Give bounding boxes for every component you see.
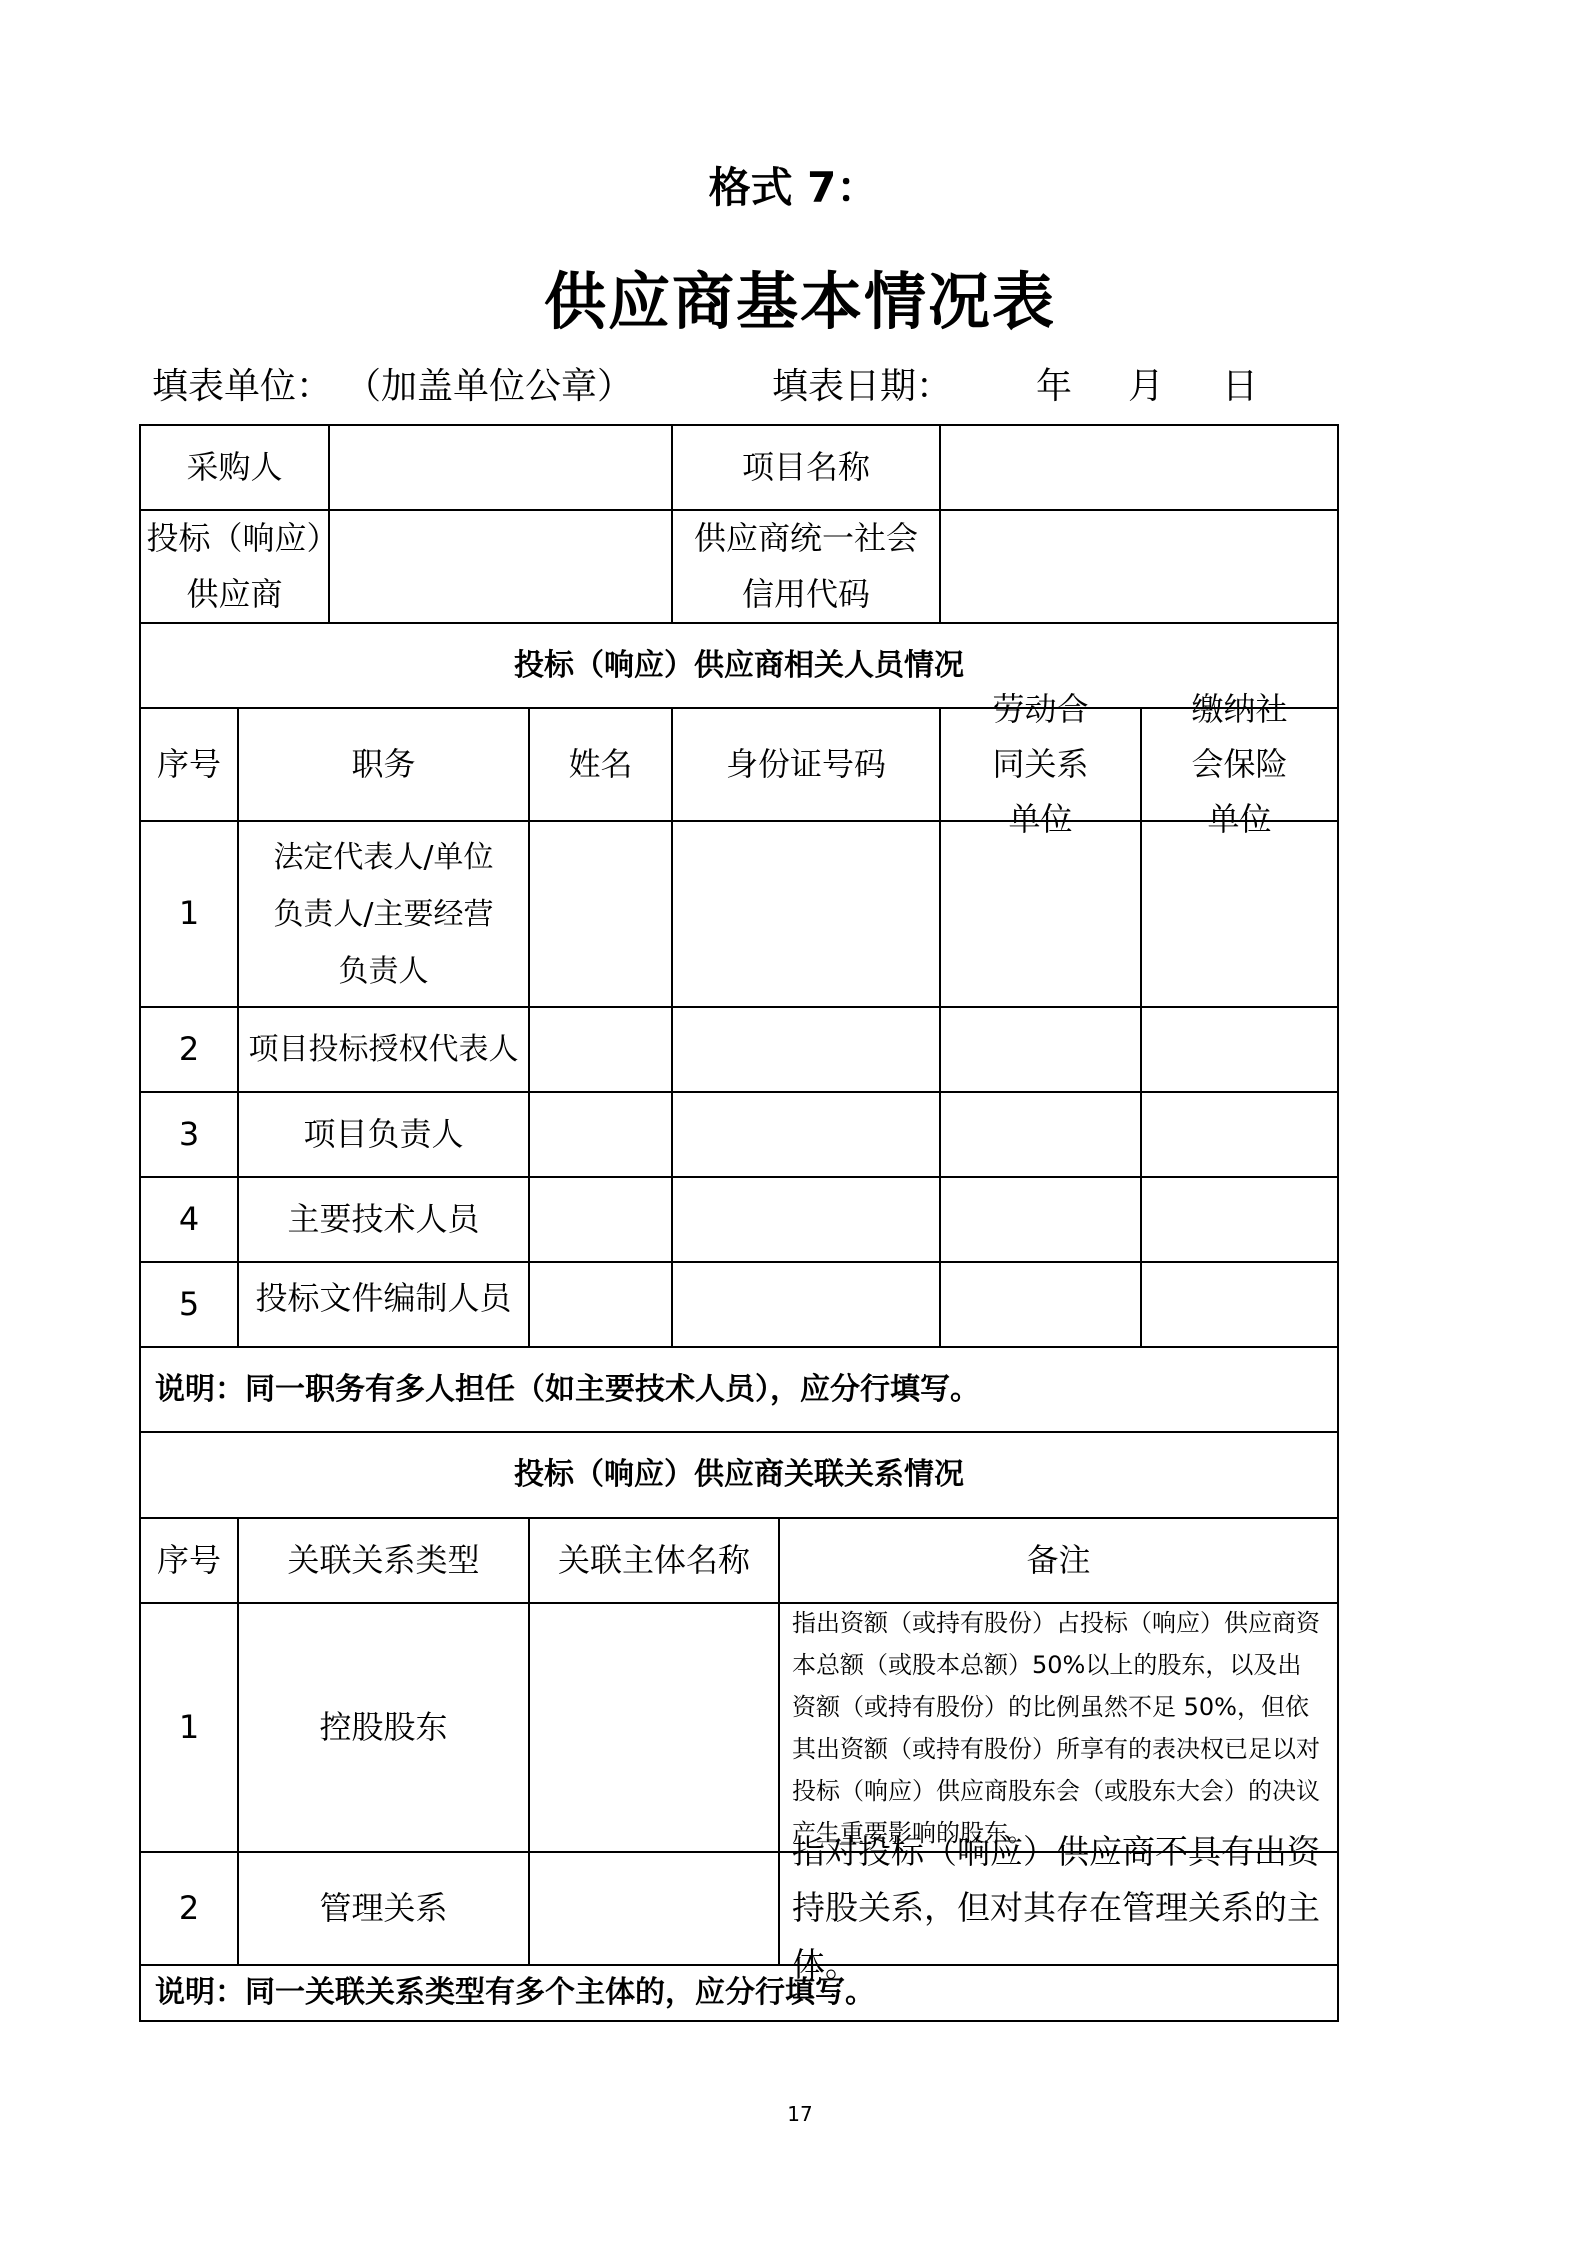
relations-row-2-entity[interactable] [528,1851,780,1966]
personnel-header-role: 职务 [237,707,530,822]
personnel-row-1-id[interactable] [671,820,941,1008]
date-day: 日 [1222,358,1258,409]
personnel-header-insurance: 缴纳社会保险单位 [1140,707,1339,822]
personnel-row-2-contract[interactable] [939,1006,1142,1093]
credit-code-label: 供应商统一社会信用代码 [671,509,941,624]
personnel-header-id: 身份证号码 [671,707,941,822]
personnel-row-1-insurance[interactable] [1140,820,1339,1008]
credit-code-value[interactable] [939,509,1339,624]
personnel-row-3-name[interactable] [528,1091,673,1178]
personnel-row-5-no: 5 [139,1261,239,1348]
personnel-section-title: 投标（响应）供应商相关人员情况 [139,622,1339,709]
purchaser-value[interactable] [328,424,673,511]
personnel-header-no: 序号 [139,707,239,822]
personnel-row-5-id[interactable] [671,1261,941,1348]
personnel-row-5-insurance[interactable] [1140,1261,1339,1348]
personnel-row-1-contract[interactable] [939,820,1142,1008]
project-name-value[interactable] [939,424,1339,511]
supplier-label: 投标（响应）供应商 [139,509,330,624]
personnel-row-4-id[interactable] [671,1176,941,1263]
personnel-row-1-role: 法定代表人/单位负责人/主要经营负责人 [237,820,530,1008]
relations-row-2-type: 管理关系 [237,1851,530,1966]
personnel-row-4-name[interactable] [528,1176,673,1263]
date-year: 年 [1036,358,1072,409]
relations-row-1-type: 控股股东 [237,1602,530,1853]
personnel-row-5-name[interactable] [528,1261,673,1348]
relations-section-title: 投标（响应）供应商关联关系情况 [139,1431,1339,1519]
purchaser-label: 采购人 [139,424,330,511]
relations-header-remark: 备注 [778,1517,1339,1604]
personnel-row-5-role: 投标文件编制人员 [237,1261,530,1348]
personnel-row-3-id[interactable] [671,1091,941,1178]
personnel-row-3-role: 项目负责人 [237,1091,530,1178]
personnel-row-4-role: 主要技术人员 [237,1176,530,1263]
personnel-header-contract: 劳动合同关系单位 [939,707,1142,822]
relations-note: 说明：同一关联关系类型有多个主体的，应分行填写。 [139,1964,1339,2022]
personnel-row-1-no: 1 [139,820,239,1008]
project-name-label: 项目名称 [671,424,941,511]
personnel-row-2-no: 2 [139,1006,239,1093]
personnel-row-1-name[interactable] [528,820,673,1008]
relations-header-no: 序号 [139,1517,239,1604]
relations-header-type: 关联关系类型 [237,1517,530,1604]
page-title: 供应商基本情况表 [0,252,1587,341]
date-month: 月 [1128,358,1164,409]
personnel-header-name: 姓名 [528,707,673,822]
format-label: 格式 7： [0,155,1587,215]
personnel-row-2-role: 项目投标授权代表人 [237,1006,530,1093]
personnel-row-4-contract[interactable] [939,1176,1142,1263]
personnel-row-3-contract[interactable] [939,1091,1142,1178]
date-label: 填表日期： [772,358,952,409]
unit-label: 填表单位： [152,358,332,409]
personnel-row-2-insurance[interactable] [1140,1006,1339,1093]
unit-value: （加盖单位公章） [345,358,633,409]
personnel-note: 说明：同一职务有多人担任（如主要技术人员），应分行填写。 [139,1346,1339,1433]
personnel-row-5-contract[interactable] [939,1261,1142,1348]
personnel-row-4-no: 4 [139,1176,239,1263]
personnel-row-4-insurance[interactable] [1140,1176,1339,1263]
relations-header-entity: 关联主体名称 [528,1517,780,1604]
personnel-row-3-insurance[interactable] [1140,1091,1339,1178]
relations-row-2-no: 2 [139,1851,239,1966]
relations-row-1-entity[interactable] [528,1602,780,1853]
relations-row-1-remark: 指出资额（或持有股份）占投标（响应）供应商资本总额（或股本总额）50%以上的股东… [778,1602,1339,1853]
supplier-value[interactable] [328,509,673,624]
relations-row-1-no: 1 [139,1602,239,1853]
page-number: 17 [0,2102,1587,2126]
relations-row-2-remark: 指对投标（响应）供应商不具有出资持股关系，但对其存在管理关系的主体。 [778,1851,1339,1966]
personnel-row-2-id[interactable] [671,1006,941,1093]
personnel-row-2-name[interactable] [528,1006,673,1093]
personnel-row-3-no: 3 [139,1091,239,1178]
